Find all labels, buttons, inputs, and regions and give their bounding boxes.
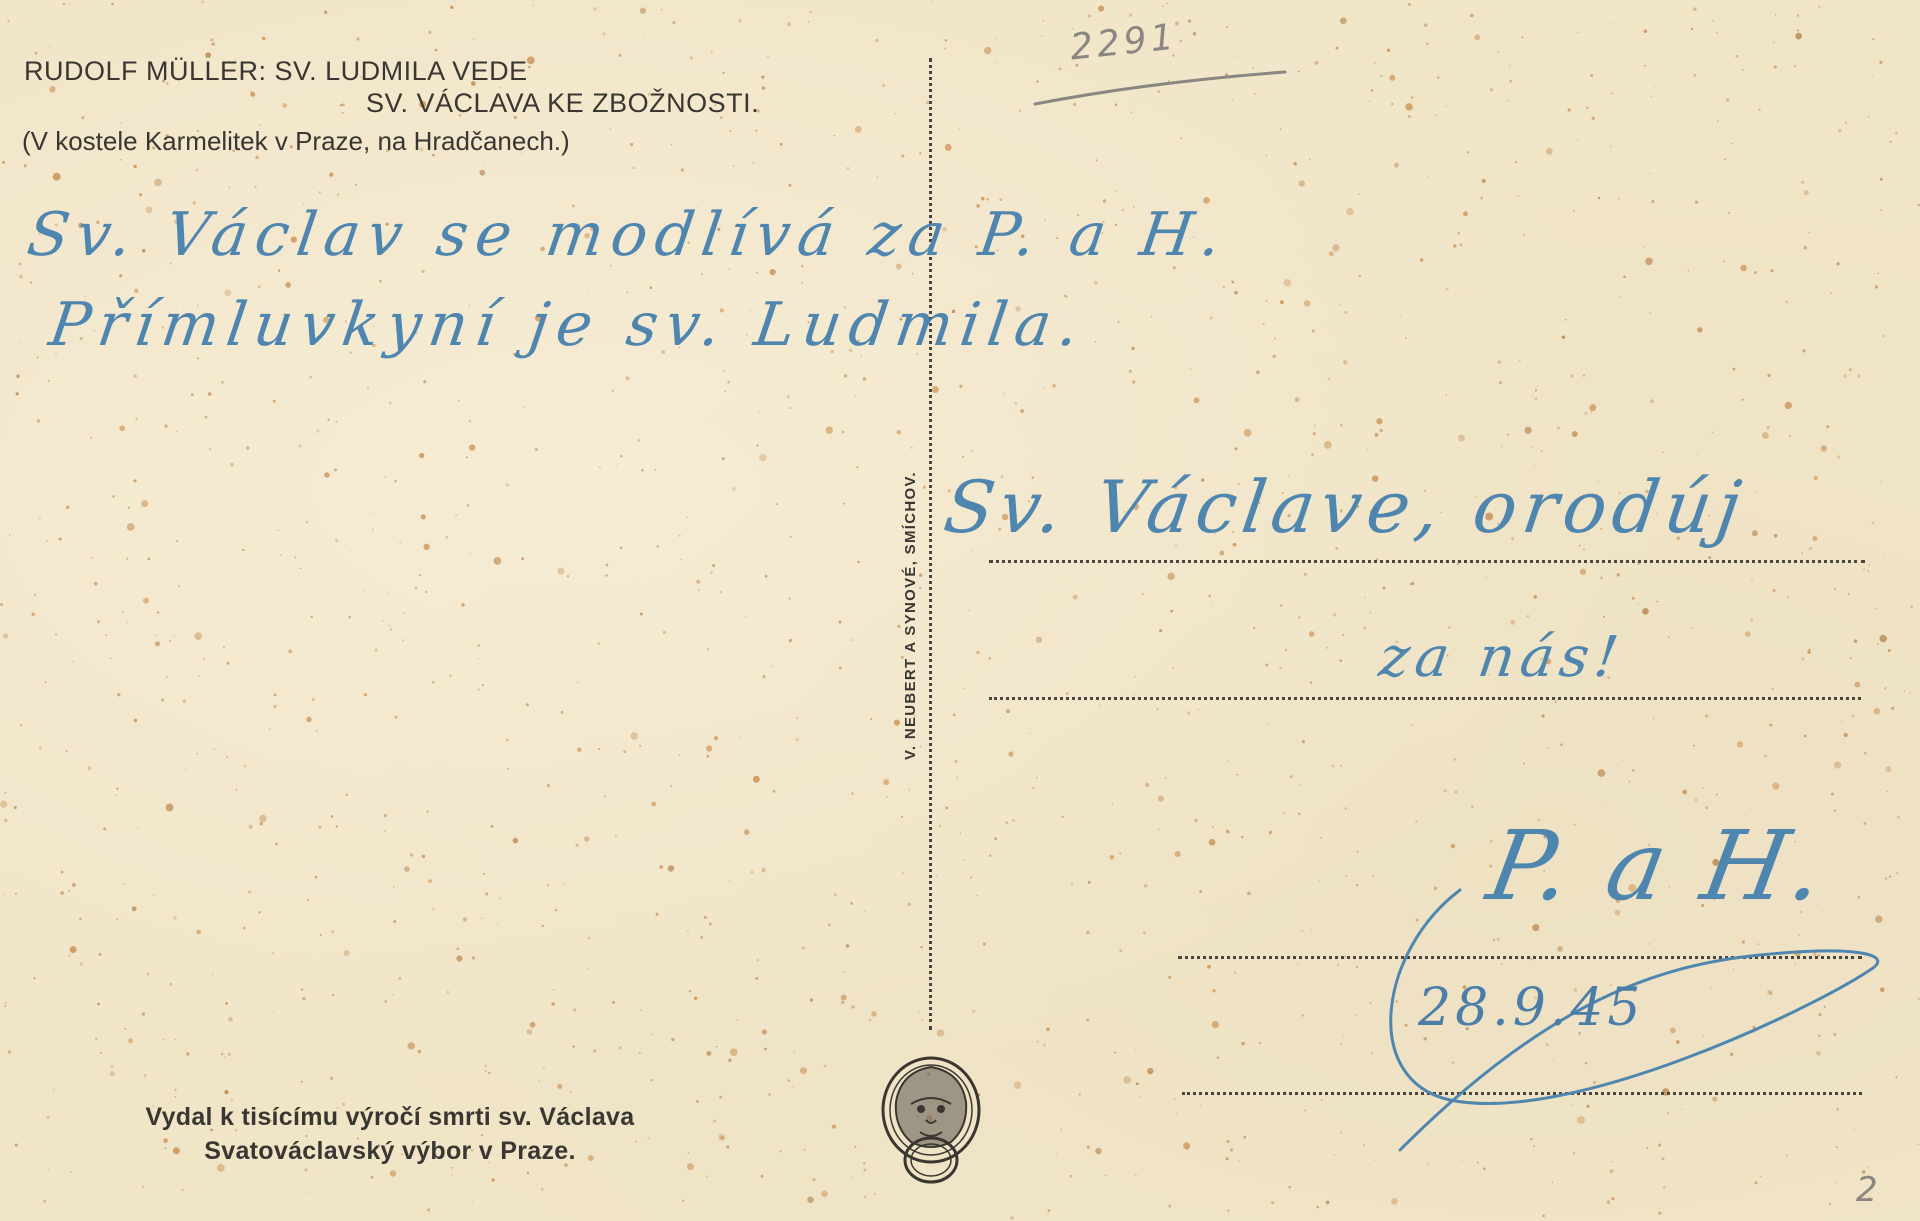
artwork-title-line1: RUDOLF MÜLLER: SV. LUDMILA VEDE	[24, 56, 528, 87]
publisher-footer: Vydal k tisícímu výročí smrti sv. Václav…	[50, 1100, 730, 1168]
handwritten-message-line1: Sv. Václav se modlívá za P. a H.	[23, 200, 1233, 270]
artwork-title-line2: SV. VÁCLAVA KE ZBOŽNOSTI.	[366, 88, 759, 119]
handwritten-date: 28.9.45	[1418, 978, 1644, 1038]
address-line	[989, 560, 1865, 563]
pencil-underline	[1030, 60, 1290, 110]
handwritten-address-line2: za nás!	[1375, 625, 1628, 690]
address-line	[989, 697, 1861, 700]
publisher-imprint: V. NEUBERT A SYNOVÉ, SMÍCHOV.	[902, 471, 919, 760]
lion-knocker-logo-icon	[876, 1052, 986, 1192]
handwritten-address-line1: Sv. Václave, orodúj	[939, 465, 1752, 549]
footer-line2: Svatováclavský výbor v Praze.	[50, 1134, 730, 1168]
footer-line1: Vydal k tisícímu výročí smrti sv. Václav…	[50, 1100, 730, 1134]
postcard: RUDOLF MÜLLER: SV. LUDMILA VEDE SV. VÁCL…	[0, 0, 1920, 1221]
handwritten-message-line2: Přímluvkyní je sv. Ludmila.	[45, 290, 1091, 360]
artwork-location: (V kostele Karmelitek v Praze, na Hradča…	[22, 126, 570, 157]
page-number: 2	[1856, 1170, 1878, 1210]
